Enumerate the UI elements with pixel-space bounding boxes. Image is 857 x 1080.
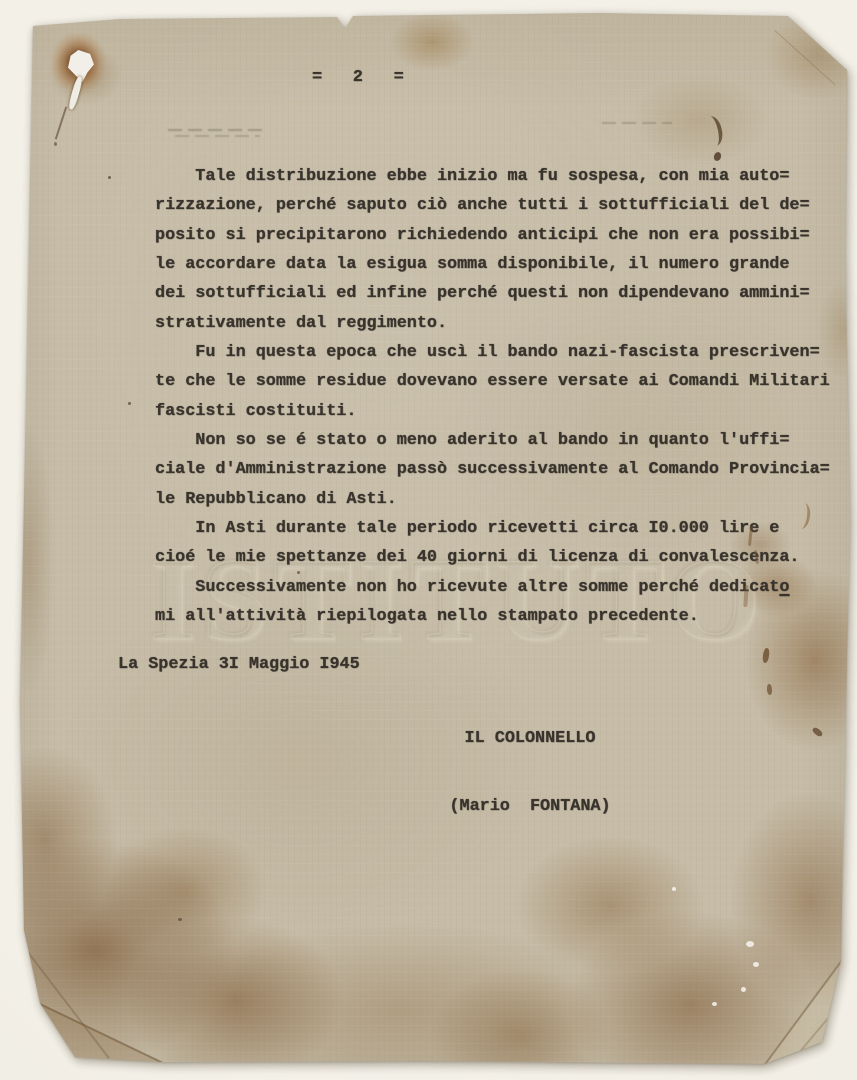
paper-chip xyxy=(746,941,754,947)
text-line: posito si precipitarono richiedendo anti… xyxy=(155,221,830,250)
date-line: La Spezia 3I Maggio I945 xyxy=(118,655,360,674)
ink-dot xyxy=(54,142,57,146)
ink-dot xyxy=(128,402,131,405)
burn-ring xyxy=(46,34,118,130)
ink-dot xyxy=(178,918,182,921)
signature-name: (Mario FONTANA) xyxy=(430,796,630,819)
text-line: cioé le mie spettanze dei 40 giorni di l… xyxy=(155,543,830,572)
ink-dot xyxy=(297,571,300,574)
stain-speck xyxy=(767,684,773,695)
text-line: dei sottufficiali ed infine perché quest… xyxy=(155,279,830,308)
paper-chip xyxy=(753,962,759,967)
text-line: Successivamente non ho ricevute altre so… xyxy=(155,573,830,602)
text-line: mi all'attività riepilogata nello stampa… xyxy=(155,602,830,631)
scanner-background: ISTITUTO = 2 = Tale distribuzione ebbe i… xyxy=(0,0,857,1080)
text-line: rizzazione, perché saputo ciò anche tutt… xyxy=(155,191,830,220)
text-line: In Asti durante tale periodo ricevetti c… xyxy=(155,514,830,543)
text-line: Fu in questa epoca che uscì il bando naz… xyxy=(155,338,830,367)
page-number: = 2 = xyxy=(312,68,404,87)
text-line: le Repubblicano di Asti. xyxy=(155,485,830,514)
text-line: te che le somme residue dovevano essere … xyxy=(155,367,830,396)
erased-mark xyxy=(602,122,672,124)
erased-mark xyxy=(175,135,260,137)
letter-body: Tale distribuzione ebbe inizio ma fu sos… xyxy=(155,162,830,632)
signature-role: IL COLONNELLO xyxy=(430,728,630,751)
paper-chip xyxy=(672,887,676,891)
text-line: fascisti costituiti. xyxy=(155,397,830,426)
text-line: Tale distribuzione ebbe inizio ma fu sos… xyxy=(155,162,830,191)
paper-sheet: ISTITUTO = 2 = Tale distribuzione ebbe i… xyxy=(0,0,857,1080)
text-line: Non so se é stato o meno aderito al band… xyxy=(155,426,830,455)
text-line: strativamente dal reggimento. xyxy=(155,309,830,338)
paper-chip xyxy=(712,1002,717,1006)
text-line: ciale d'Amministrazione passò successiva… xyxy=(155,455,830,484)
text-line: le accordare data la esigua somma dispon… xyxy=(155,250,830,279)
document-page: ISTITUTO = 2 = Tale distribuzione ebbe i… xyxy=(0,0,857,1080)
paper-chip xyxy=(741,987,746,992)
signature-block: IL COLONNELLO (Mario FONTANA) xyxy=(430,683,630,863)
ink-dot xyxy=(108,176,111,179)
erased-mark xyxy=(168,129,268,131)
